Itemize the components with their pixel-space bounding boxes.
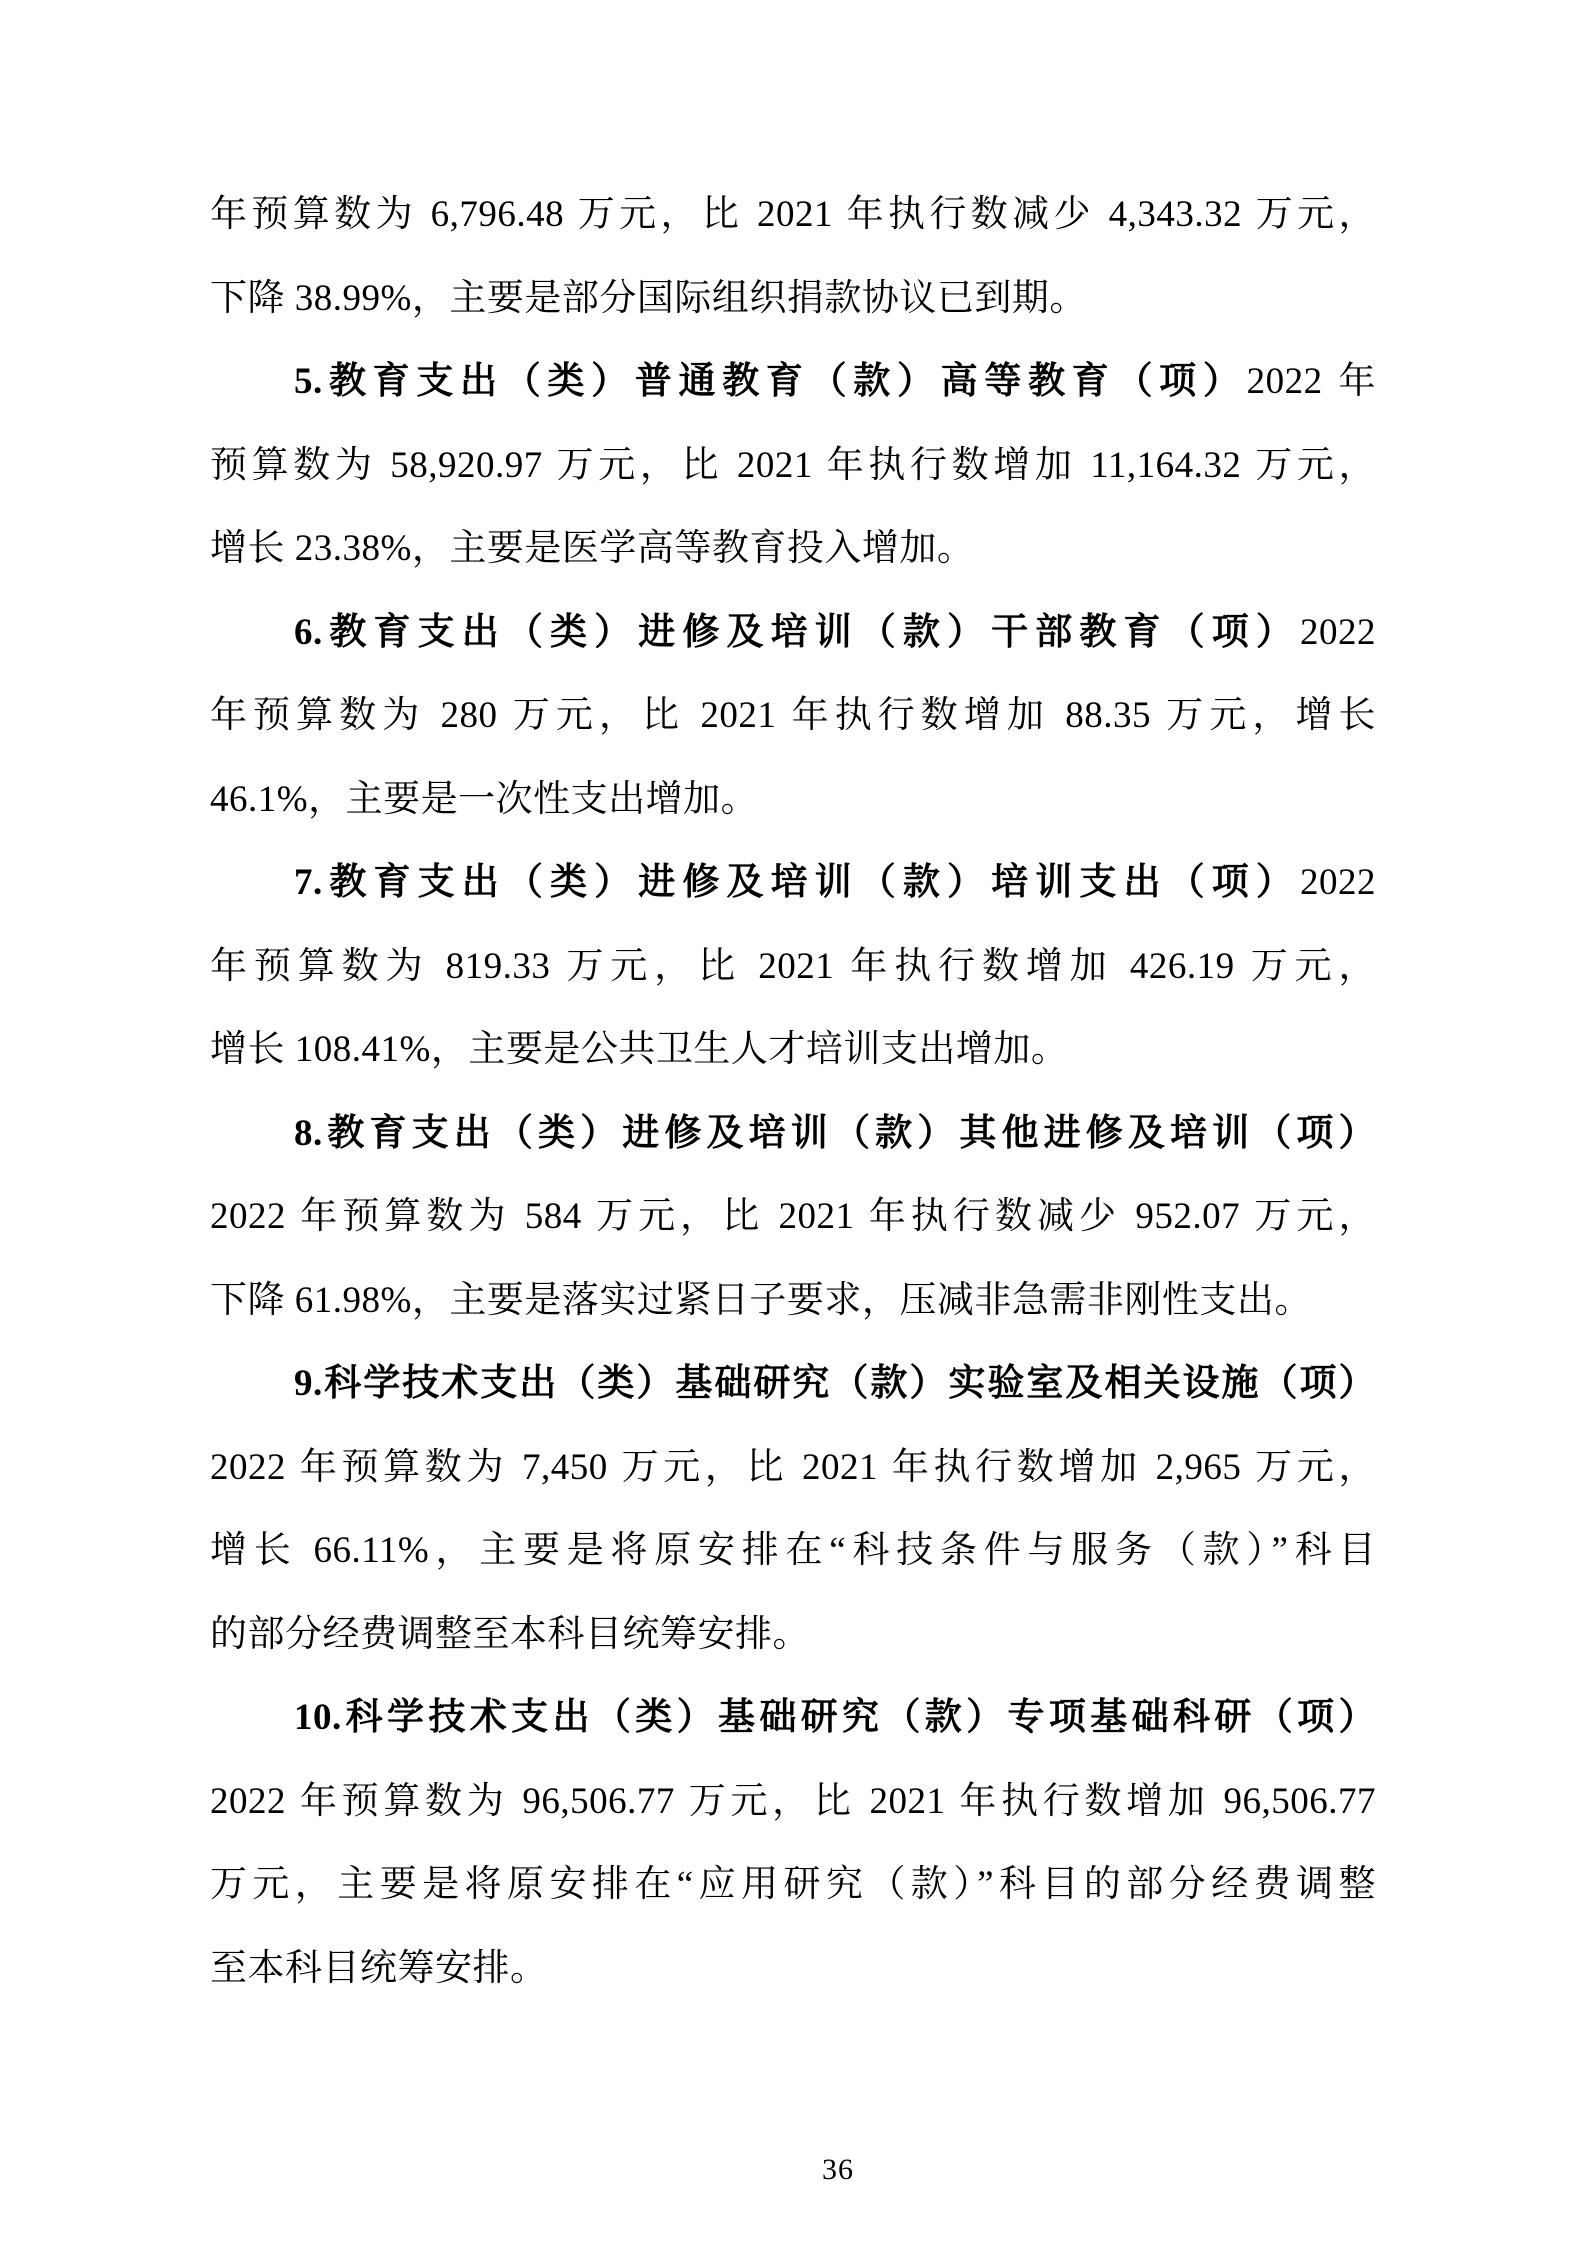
text-line: 增长 66.11%，主要是将原安排在“科技条件与服务（款）”科目 xyxy=(210,1509,1376,1593)
item-heading-segment: 8.教育支出（类）进修及培训（款）其他进修及培训（项） xyxy=(294,1113,1376,1154)
body-text-segment: 2022 xyxy=(1300,862,1376,903)
paragraph-item-8: 8.教育支出（类）进修及培训（款）其他进修及培训（项）2022 年预算数为 58… xyxy=(210,1092,1376,1343)
text-line: 的部分经费调整至本科目统筹安排。 xyxy=(210,1593,1376,1677)
body-text-segment: 2022 年预算数为 7,450 万元，比 2021 年执行数增加 2,965 … xyxy=(210,1447,1376,1488)
text-line: 预算数为 58,920.97 万元，比 2021 年执行数增加 11,164.3… xyxy=(210,424,1376,508)
paragraph-item-6: 6.教育支出（类）进修及培训（款）干部教育（项）2022年预算数为 280 万元… xyxy=(210,591,1376,842)
item-heading-segment: 9.科学技术支出（类）基础研究（款）实验室及相关设施（项） xyxy=(294,1363,1376,1404)
paragraph-item-9: 9.科学技术支出（类）基础研究（款）实验室及相关设施（项）2022 年预算数为 … xyxy=(210,1342,1376,1676)
body-text-segment: 年预算数为 6,796.48 万元，比 2021 年执行数减少 4,343.32… xyxy=(210,194,1376,235)
text-line: 万元，主要是将原安排在“应用研究（款）”科目的部分经费调整 xyxy=(210,1843,1376,1927)
body-text-segment: 增长 23.38%，主要是医学高等教育投入增加。 xyxy=(210,528,974,569)
text-line: 下降 61.98%，主要是落实过紧日子要求，压减非急需非刚性支出。 xyxy=(210,1259,1376,1343)
text-line: 7.教育支出（类）进修及培训（款）培训支出（项）2022 xyxy=(210,841,1376,925)
paragraph-item-4-continuation: 年预算数为 6,796.48 万元，比 2021 年执行数减少 4,343.32… xyxy=(210,173,1376,340)
body-text-segment: 2022 年预算数为 96,506.77 万元，比 2021 年执行数增加 96… xyxy=(210,1781,1376,1822)
page-number: 36 xyxy=(822,2150,854,2190)
body-text-segment: 2022 年 xyxy=(1247,361,1376,402)
body-text-segment: 年预算数为 280 万元，比 2021 年执行数增加 88.35 万元，增长 xyxy=(210,695,1376,736)
item-heading-segment: 6.教育支出（类）进修及培训（款）干部教育（项） xyxy=(294,612,1300,653)
text-line: 5.教育支出（类）普通教育（款）高等教育（项）2022 年 xyxy=(210,340,1376,424)
text-line: 至本科目统筹安排。 xyxy=(210,1927,1376,2011)
text-line: 8.教育支出（类）进修及培训（款）其他进修及培训（项） xyxy=(210,1092,1376,1176)
text-line: 2022 年预算数为 96,506.77 万元，比 2021 年执行数增加 96… xyxy=(210,1760,1376,1844)
paragraph-item-5: 5.教育支出（类）普通教育（款）高等教育（项）2022 年预算数为 58,920… xyxy=(210,340,1376,591)
text-line: 年预算数为 280 万元，比 2021 年执行数增加 88.35 万元，增长 xyxy=(210,674,1376,758)
text-line: 2022 年预算数为 7,450 万元，比 2021 年执行数增加 2,965 … xyxy=(210,1426,1376,1510)
body-text-segment: 46.1%，主要是一次性支出增加。 xyxy=(210,779,758,820)
body-text-segment: 增长 108.41%，主要是公共卫生人才培训支出增加。 xyxy=(210,1029,1068,1070)
text-line: 9.科学技术支出（类）基础研究（款）实验室及相关设施（项） xyxy=(210,1342,1376,1426)
body-text-segment: 万元，主要是将原安排在“应用研究（款）”科目的部分经费调整 xyxy=(210,1864,1376,1905)
body-text-segment: 的部分经费调整至本科目统筹安排。 xyxy=(210,1614,810,1655)
body-text-segment: 2022 xyxy=(1300,612,1376,653)
body-text-segment: 下降 38.99%，主要是部分国际组织捐款协议已到期。 xyxy=(210,278,1087,319)
item-heading-segment: 7.教育支出（类）进修及培训（款）培训支出（项） xyxy=(294,862,1300,903)
item-heading-segment: 10.科学技术支出（类）基础研究（款）专项基础科研（项） xyxy=(294,1697,1376,1738)
text-line: 年预算数为 6,796.48 万元，比 2021 年执行数减少 4,343.32… xyxy=(210,173,1376,257)
text-line: 下降 38.99%，主要是部分国际组织捐款协议已到期。 xyxy=(210,257,1376,341)
body-text-segment: 增长 66.11%，主要是将原安排在“科技条件与服务（款）”科目 xyxy=(210,1530,1376,1571)
paragraph-item-7: 7.教育支出（类）进修及培训（款）培训支出（项）2022年预算数为 819.33… xyxy=(210,841,1376,1092)
text-line: 10.科学技术支出（类）基础研究（款）专项基础科研（项） xyxy=(210,1676,1376,1760)
text-line: 46.1%，主要是一次性支出增加。 xyxy=(210,758,1376,842)
document-page: 年预算数为 6,796.48 万元，比 2021 年执行数减少 4,343.32… xyxy=(0,0,1587,2245)
text-line: 年预算数为 819.33 万元，比 2021 年执行数增加 426.19 万元， xyxy=(210,925,1376,1009)
text-line: 6.教育支出（类）进修及培训（款）干部教育（项）2022 xyxy=(210,591,1376,675)
text-line: 2022 年预算数为 584 万元，比 2021 年执行数减少 952.07 万… xyxy=(210,1175,1376,1259)
text-line: 增长 108.41%，主要是公共卫生人才培训支出增加。 xyxy=(210,1008,1376,1092)
body-text-segment: 2022 年预算数为 584 万元，比 2021 年执行数减少 952.07 万… xyxy=(210,1196,1376,1237)
text-line: 增长 23.38%，主要是医学高等教育投入增加。 xyxy=(210,507,1376,591)
text-block: 年预算数为 6,796.48 万元，比 2021 年执行数减少 4,343.32… xyxy=(210,173,1376,2010)
body-text-segment: 预算数为 58,920.97 万元，比 2021 年执行数增加 11,164.3… xyxy=(210,445,1376,486)
paragraph-item-10: 10.科学技术支出（类）基础研究（款）专项基础科研（项）2022 年预算数为 9… xyxy=(210,1676,1376,2010)
body-text-segment: 下降 61.98%，主要是落实过紧日子要求，压减非急需非刚性支出。 xyxy=(210,1280,1312,1321)
item-heading-segment: 5.教育支出（类）普通教育（款）高等教育（项） xyxy=(294,361,1247,402)
body-text-segment: 年预算数为 819.33 万元，比 2021 年执行数增加 426.19 万元， xyxy=(210,946,1376,987)
body-text-segment: 至本科目统筹安排。 xyxy=(210,1948,548,1989)
